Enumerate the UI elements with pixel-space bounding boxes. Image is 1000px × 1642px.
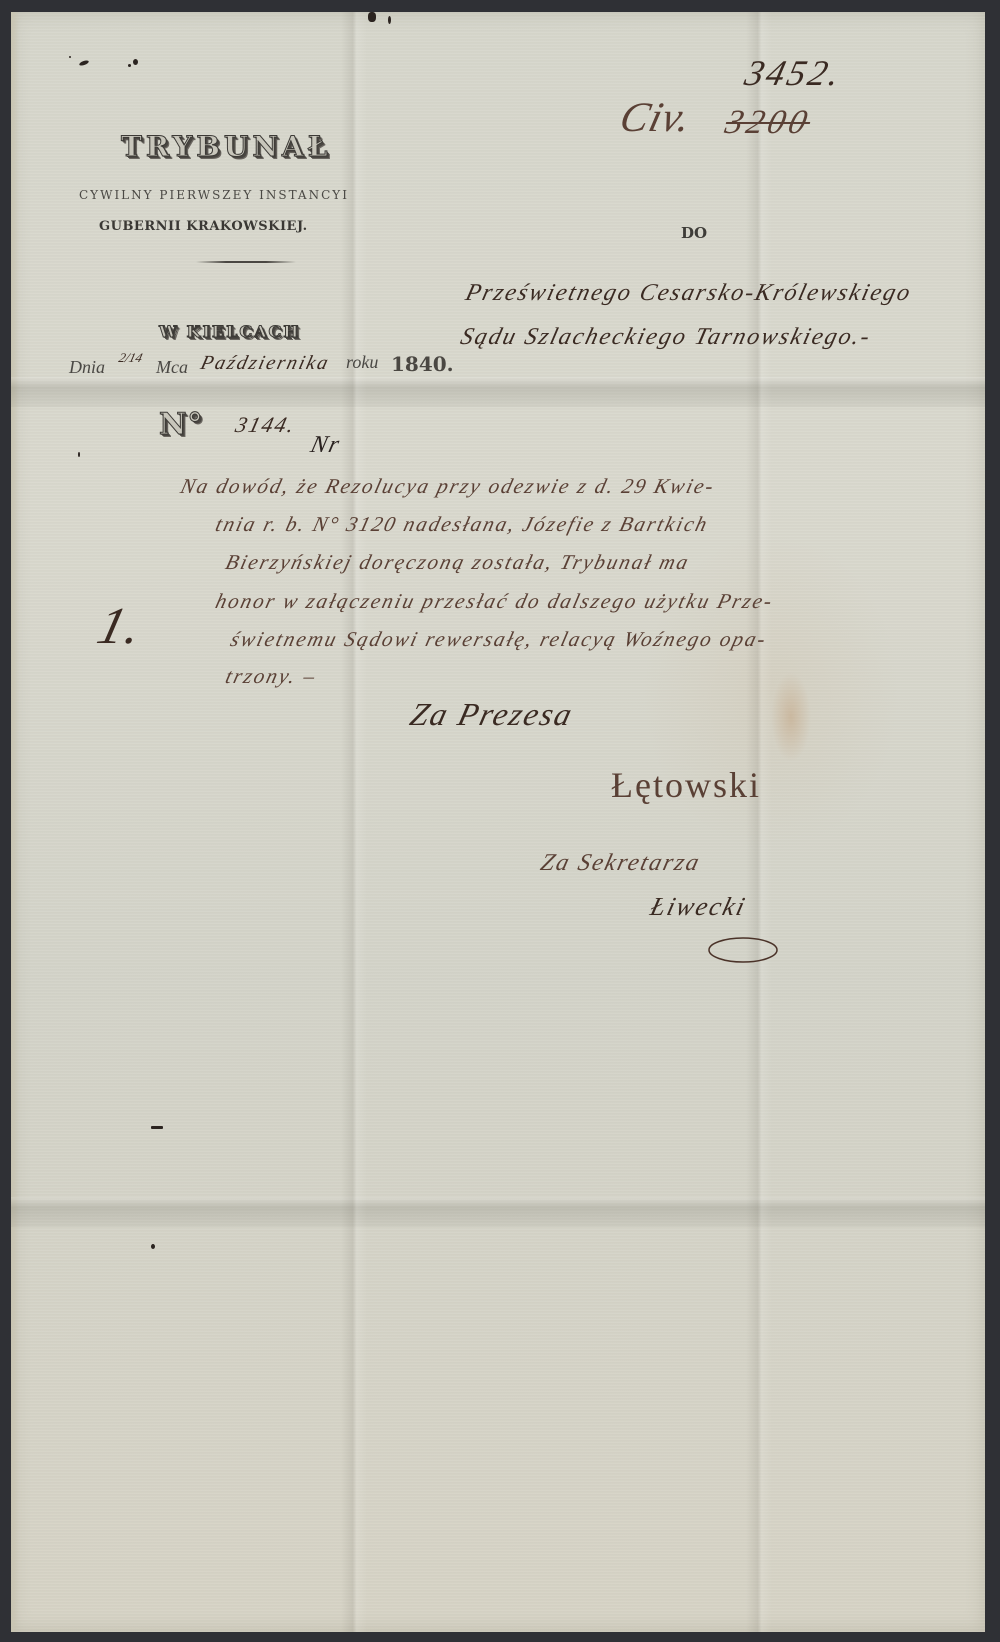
number-label: N° <box>159 407 203 442</box>
body-line-2: tnia r. b. N° 3120 nadesłana, Józefie z … <box>213 512 712 537</box>
ink-spot <box>69 56 71 58</box>
vertical-fold-left <box>341 12 367 1632</box>
tribunal-title: TRYBUNAŁ <box>121 130 332 163</box>
enclosure-mark: 1. <box>92 597 150 656</box>
horizontal-fold-lower <box>11 1197 985 1227</box>
body-line-5: świetnemu Sądowi rewersałę, relacyą Woźn… <box>228 627 770 652</box>
tribunal-subtitle: CYWILNY PIERWSZEY INSTANCYI <box>79 188 349 202</box>
addressee-line-1: Prześwietnego Cesarsko-Królewskiego <box>463 280 915 307</box>
for-secretary-label: Za Sekretarza <box>538 850 704 877</box>
marginal-note: Nr <box>308 432 344 459</box>
date-prefix: Dnia <box>69 357 105 378</box>
addressee-line-2: Sądu Szlacheckiego Tarnowskiego.- <box>458 324 874 351</box>
ink-spot <box>133 59 138 65</box>
for-president-label: Za Prezesa <box>406 696 577 733</box>
document-number: 3144. <box>233 412 299 438</box>
body-line-6: trzony. – <box>223 664 320 689</box>
date-month: Października <box>198 352 332 375</box>
header-rule <box>196 261 296 263</box>
signature-flourish <box>706 930 781 970</box>
month-prefix: Mca <box>156 357 188 378</box>
vertical-fold-right <box>746 12 772 1632</box>
ink-spot <box>151 1244 155 1249</box>
new-reference-number: 3452. <box>741 52 847 94</box>
horizontal-fold-upper <box>11 377 985 407</box>
body-line-1: Na dowód, że Rezolucya przy odezwie z d.… <box>178 474 718 499</box>
body-line-4: honor w załączeniu przesłać do dalszego … <box>213 589 776 614</box>
year-prefix: roku <box>346 352 378 373</box>
civ-label: Civ. <box>615 94 697 142</box>
ink-spot <box>388 16 391 24</box>
old-reference-number: 3200 <box>721 104 814 142</box>
date-year: 1840. <box>391 352 454 376</box>
body-line-3: Bierzyńskiej doręczoną została, Trybunał… <box>223 550 693 575</box>
letter-paper: TRYBUNAŁ CYWILNY PIERWSZEY INSTANCYI GUB… <box>11 12 985 1632</box>
ink-spot <box>368 12 376 22</box>
ink-spot <box>128 64 131 67</box>
ink-spot <box>78 452 80 457</box>
secretary-signature: Łiwecki <box>647 892 749 922</box>
to-label: DO <box>681 224 707 242</box>
president-signature: Łętowski <box>611 764 761 806</box>
paper-edge <box>11 12 19 1632</box>
place-name: W KIELCACH <box>159 322 300 341</box>
ink-spot <box>151 1126 163 1129</box>
date-day: 2/14 <box>117 350 144 366</box>
ink-spot <box>79 59 90 66</box>
province-name: GUBERNII KRAKOWSKIEJ. <box>99 219 308 234</box>
paper-stain <box>771 672 811 762</box>
